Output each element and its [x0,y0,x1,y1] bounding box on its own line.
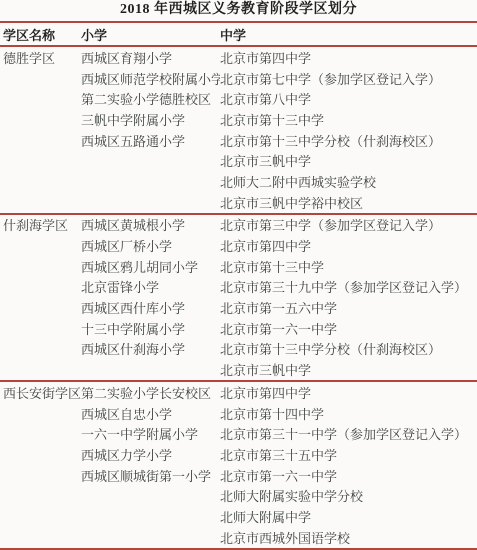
primary-school-cell: 第二实验小学长安校区 [81,383,220,402]
header-primary-school: 小学 [81,25,220,44]
district-section: 西长安街学区第二实验小学长安校区北京市第四中学西城区自忠小学北京市第十四中学一六… [0,382,477,550]
table-row: 西城区什刹海小学北京市第十三中学分校（什刹海校区） [0,339,477,360]
middle-school-cell: 北京市第四中学 [220,48,477,67]
table-body: 德胜学区西城区育翔小学北京市第四中学西城区师范学校附属小学北京市第七中学（参加学… [0,47,477,550]
primary-school-cell: 三帆中学附属小学 [81,110,220,129]
middle-school-cell: 北京市第十三中学分校（什刹海校区） [220,131,477,150]
table-row: 德胜学区西城区育翔小学北京市第四中学 [0,47,477,68]
primary-school-cell: 西城区自忠小学 [81,404,220,423]
middle-school-cell: 北京市第十三中学 [220,257,477,276]
table-row: 西城区师范学校附属小学北京市第七中学（参加学区登记入学） [0,68,477,89]
school-district-table-page: 2018 年西城区义务教育阶段学区划分 学区名称 小学 中学 德胜学区西城区育翔… [0,0,477,550]
middle-school-cell: 北京市第一六一中学 [220,319,477,338]
table-row: 北京市三帆中学裕中校区 [0,192,477,213]
middle-school-cell: 北京市第一五六中学 [220,298,477,317]
middle-school-cell: 北京市第七中学（参加学区登记入学） [220,69,477,88]
primary-school-cell: 西城区顺城街第一小学 [81,466,220,485]
primary-school-cell: 西城区厂桥小学 [81,236,220,255]
middle-school-cell: 北京市西城外国语学校 [220,528,477,547]
table-row: 西城区厂桥小学北京市第四中学 [0,235,477,256]
header-middle-school: 中学 [220,25,477,44]
table-row: 西城区鸦儿胡同小学北京市第十三中学 [0,256,477,277]
middle-school-cell: 北京市第十三中学分校（什刹海校区） [220,339,477,358]
middle-school-cell: 北京市三帆中学 [220,360,477,379]
middle-school-cell: 北京市第十四中学 [220,404,477,423]
table-row: 西长安街学区第二实验小学长安校区北京市第四中学 [0,382,477,403]
table-row: 十三中学附属小学北京市第一六一中学 [0,318,477,339]
page-title: 2018 年西城区义务教育阶段学区划分 [0,0,477,21]
table-row: 西城区自忠小学北京市第十四中学 [0,403,477,424]
table-header-row: 学区名称 小学 中学 [0,23,477,47]
middle-school-cell: 北京市第三十五中学 [220,445,477,464]
table-row: 第二实验小学德胜校区北京市第八中学 [0,88,477,109]
primary-school-cell: 西城区师范学校附属小学 [81,69,220,88]
district-name-cell: 德胜学区 [0,48,81,67]
middle-school-cell: 北师大二附中西城实验学校 [220,172,477,191]
primary-school-cell: 西城区黄城根小学 [81,215,220,234]
middle-school-cell: 北师大附属实验中学分校 [220,486,477,505]
middle-school-cell: 北京市三帆中学 [220,151,477,170]
table-row: 北京市三帆中学 [0,150,477,171]
table-row: 北师大二附中西城实验学校 [0,171,477,192]
middle-school-cell: 北京市第三中学（参加学区登记入学） [220,215,477,234]
middle-school-cell: 北京市第八中学 [220,89,477,108]
primary-school-cell: 西城区什刹海小学 [81,339,220,358]
primary-school-cell: 西城区鸦儿胡同小学 [81,257,220,276]
table-row: 西城区西什库小学北京市第一五六中学 [0,297,477,318]
district-table: 学区名称 小学 中学 德胜学区西城区育翔小学北京市第四中学西城区师范学校附属小学… [0,21,477,550]
middle-school-cell: 北京市第一六一中学 [220,466,477,485]
middle-school-cell: 北京市第四中学 [220,383,477,402]
table-row: 北师大附属中学 [0,506,477,527]
header-district-name: 学区名称 [0,25,81,44]
district-name-cell: 什刹海学区 [0,215,81,234]
primary-school-cell: 一六一中学附属小学 [81,424,220,443]
table-row: 西城区力学小学北京市第三十五中学 [0,444,477,465]
table-row: 西城区五路通小学北京市第十三中学分校（什刹海校区） [0,130,477,151]
primary-school-cell: 西城区五路通小学 [81,131,220,150]
district-section: 德胜学区西城区育翔小学北京市第四中学西城区师范学校附属小学北京市第七中学（参加学… [0,47,477,215]
primary-school-cell: 西城区力学小学 [81,445,220,464]
district-section: 什刹海学区西城区黄城根小学北京市第三中学（参加学区登记入学）西城区厂桥小学北京市… [0,215,477,383]
district-name-cell: 西长安街学区 [0,383,81,402]
table-row: 北京市西城外国语学校 [0,527,477,548]
primary-school-cell: 第二实验小学德胜校区 [81,89,220,108]
table-row: 一六一中学附属小学北京市第三十一中学（参加学区登记入学） [0,423,477,444]
primary-school-cell: 北京雷锋小学 [81,277,220,296]
primary-school-cell: 西城区育翔小学 [81,48,220,67]
primary-school-cell: 十三中学附属小学 [81,319,220,338]
primary-school-cell: 西城区西什库小学 [81,298,220,317]
table-row: 什刹海学区西城区黄城根小学北京市第三中学（参加学区登记入学） [0,215,477,236]
table-row: 西城区顺城街第一小学北京市第一六一中学 [0,465,477,486]
middle-school-cell: 北京市第四中学 [220,236,477,255]
table-row: 三帆中学附属小学北京市第十三中学 [0,109,477,130]
table-row: 北京市三帆中学 [0,359,477,380]
middle-school-cell: 北京市第三十九中学（参加学区登记入学） [220,277,477,296]
middle-school-cell: 北师大附属中学 [220,507,477,526]
table-row: 北京雷锋小学北京市第三十九中学（参加学区登记入学） [0,277,477,298]
middle-school-cell: 北京市第十三中学 [220,110,477,129]
middle-school-cell: 北京市三帆中学裕中校区 [220,193,477,212]
table-row: 北师大附属实验中学分校 [0,485,477,506]
middle-school-cell: 北京市第三十一中学（参加学区登记入学） [220,424,477,443]
